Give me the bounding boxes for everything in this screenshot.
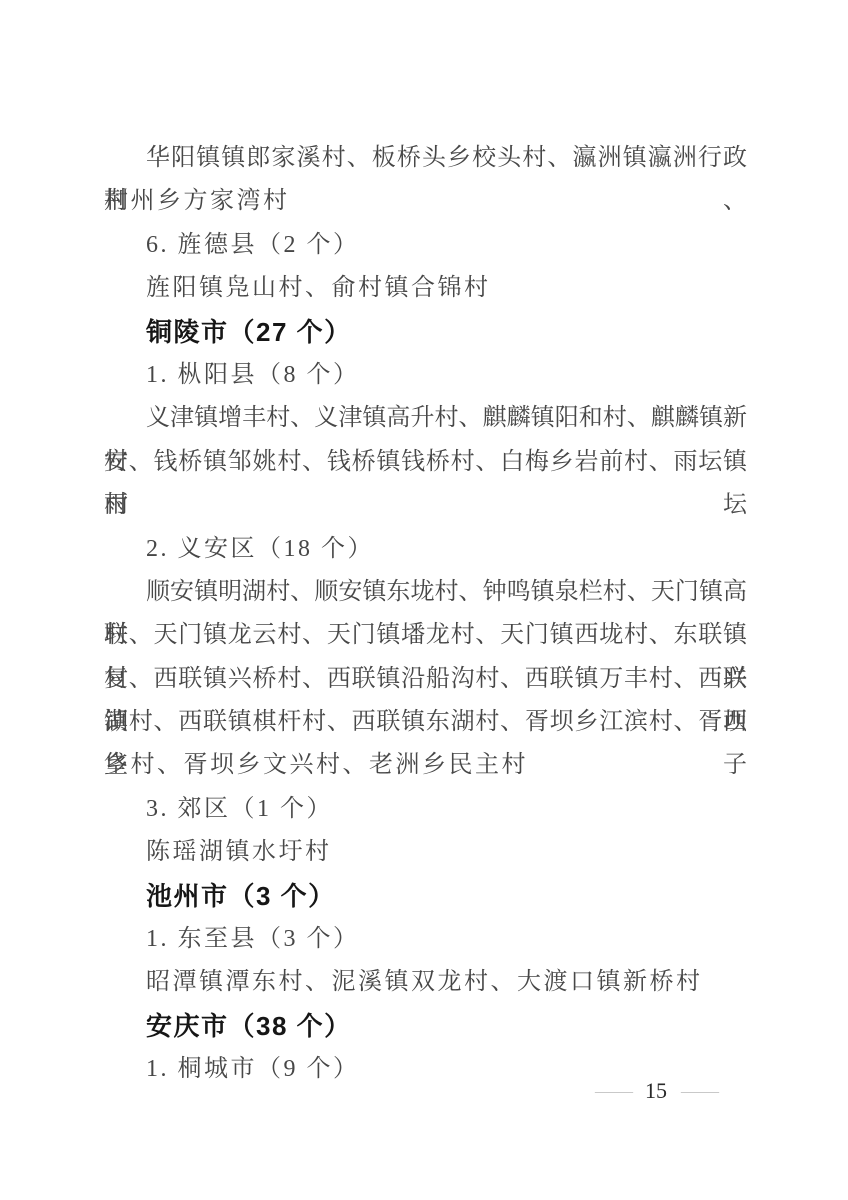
- city-heading-anqing: 安庆市（38 个）: [104, 1005, 747, 1048]
- page-number: 15: [645, 1078, 667, 1104]
- text-line: 村、西联镇兴桥村、西联镇沿船沟村、西联镇万丰村、西联镇西: [104, 658, 747, 701]
- text-line: 华阳镇镇郎家溪村、板桥头乡校头村、瀛洲镇瀛洲行政村、: [104, 137, 747, 180]
- document-page: 华阳镇镇郎家溪村、板桥头乡校头村、瀛洲镇瀛洲行政村、 荆州乡方家湾村 6. 旌德…: [0, 0, 848, 1200]
- text-line: 旌阳镇凫山村、俞村镇合锦村: [104, 267, 747, 310]
- text-line: 顺安镇明湖村、顺安镇东垅村、钟鸣镇泉栏村、天门镇高联: [104, 571, 747, 614]
- text-block: 华阳镇镇郎家溪村、板桥头乡校头村、瀛洲镇瀛洲行政村、 荆州乡方家湾村 6. 旌德…: [104, 137, 747, 1092]
- list-item-county: 6. 旌德县（2 个）: [104, 224, 747, 267]
- list-item-county: 2. 义安区（18 个）: [104, 528, 747, 571]
- footer-dash-right: ——: [681, 1080, 717, 1103]
- list-item-county: 3. 郊区（1 个）: [104, 788, 747, 831]
- text-line: 陈瑶湖镇水圩村: [104, 831, 747, 874]
- text-line: 义津镇增丰村、义津镇高升村、麒麟镇阳和村、麒麟镇新安: [104, 397, 747, 440]
- text-line: 村、天门镇龙云村、天门镇墦龙村、天门镇西垅村、东联镇复兴: [104, 614, 747, 657]
- text-line: 昭潭镇潭东村、泥溪镇双龙村、大渡口镇新桥村: [104, 961, 747, 1004]
- text-line: 湖村、西联镇棋杆村、西联镇东湖村、胥坝乡江滨村、胥坝乡子: [104, 701, 747, 744]
- page-footer: —— 15 ——: [595, 1078, 717, 1104]
- footer-dash-left: ——: [595, 1080, 631, 1103]
- city-heading-tongling: 铜陵市（27 个）: [104, 311, 747, 354]
- list-item-county: 1. 东至县（3 个）: [104, 918, 747, 961]
- text-line: 村、钱桥镇邹姚村、钱桥镇钱桥村、白梅乡岩前村、雨坛镇雨坛: [104, 441, 747, 484]
- city-heading-chizhou: 池州市（3 个）: [104, 875, 747, 918]
- list-item-county: 1. 枞阳县（8 个）: [104, 354, 747, 397]
